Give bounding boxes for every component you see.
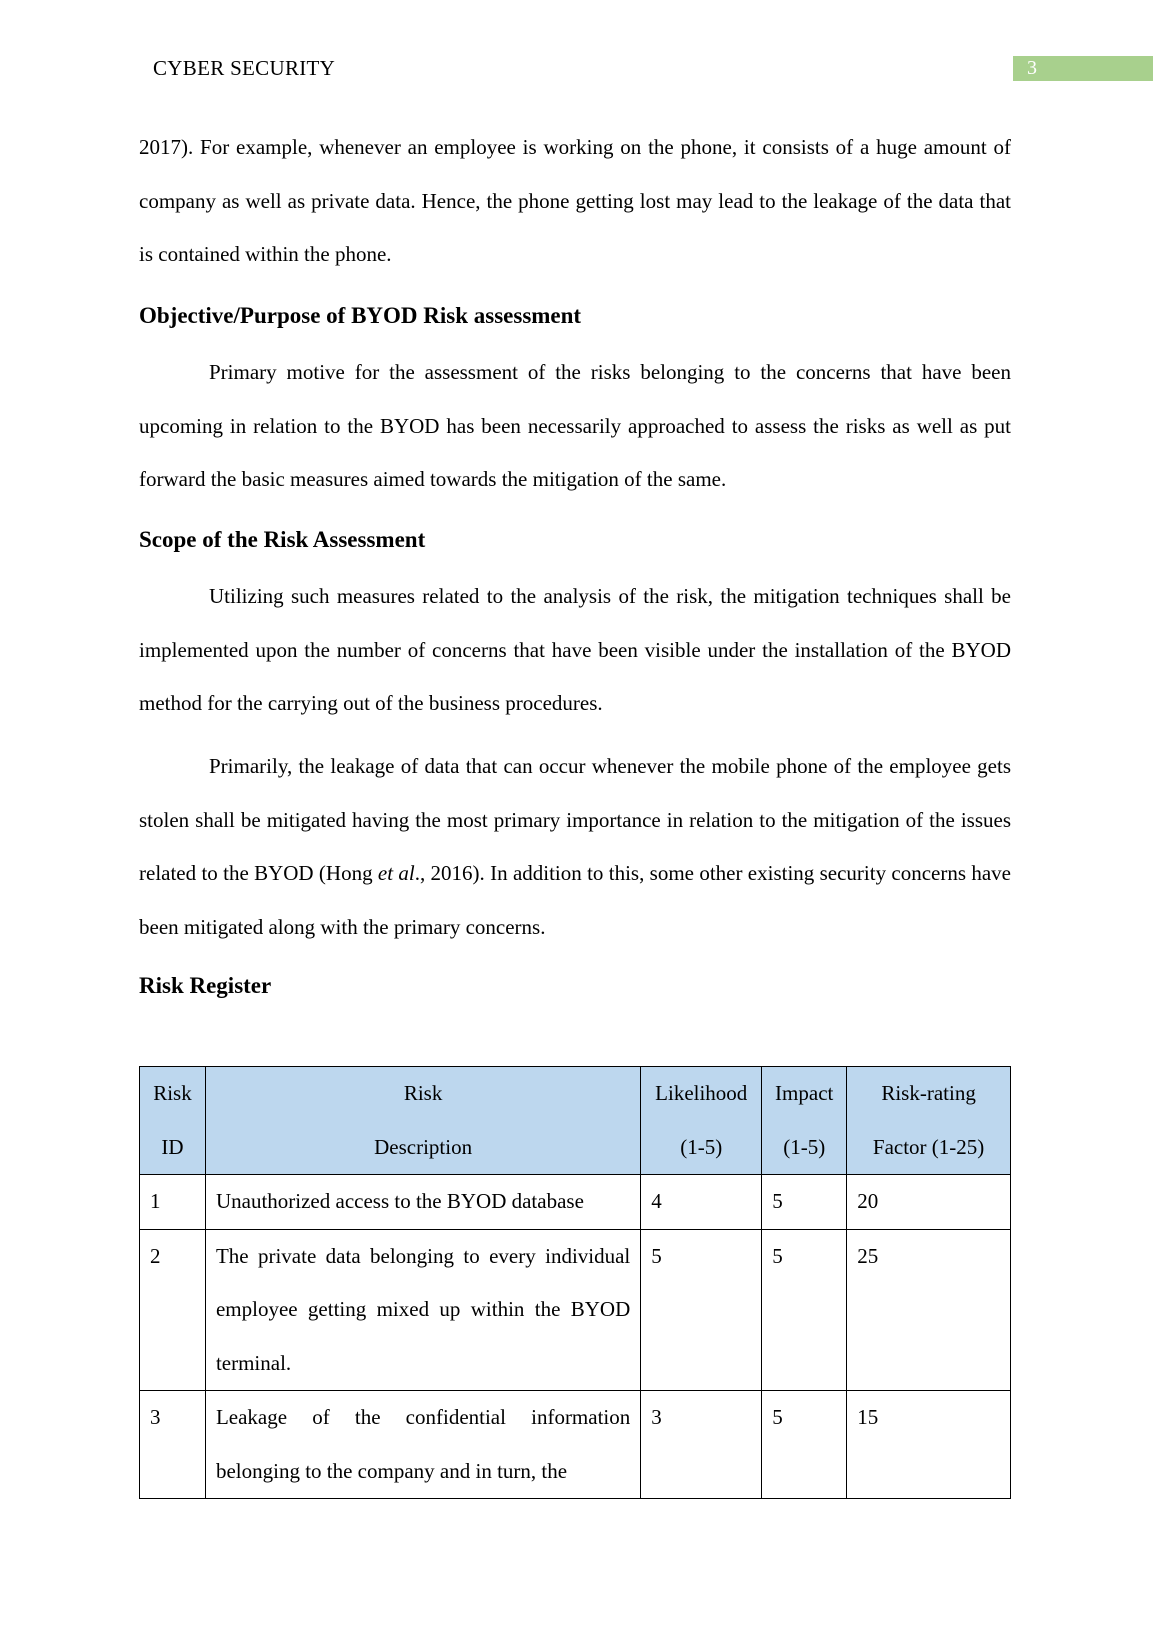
- cell-rating: 20: [847, 1175, 1011, 1230]
- table-header-row: RiskID RiskDescription Likelihood(1-5) I…: [140, 1067, 1011, 1175]
- cell-rating: 15: [847, 1391, 1011, 1499]
- running-header-title: CYBER SECURITY: [153, 56, 335, 81]
- cell-likelihood: 3: [641, 1391, 762, 1499]
- cell-id: 3: [140, 1391, 206, 1499]
- cell-id: 2: [140, 1229, 206, 1391]
- heading-scope: Scope of the Risk Assessment: [139, 527, 425, 553]
- cell-description: Unauthorized access to the BYOD database: [205, 1175, 640, 1230]
- page-number-badge: 3: [1013, 56, 1153, 81]
- body-paragraph-intro: 2017). For example, whenever an employee…: [139, 121, 1011, 282]
- cell-rating: 25: [847, 1229, 1011, 1391]
- cell-description: Leakage of the confidential information …: [205, 1391, 640, 1499]
- cell-likelihood: 5: [641, 1229, 762, 1391]
- col-header-impact: Impact(1-5): [762, 1067, 847, 1175]
- body-paragraph-scope-2: Primarily, the leakage of data that can …: [139, 740, 1011, 954]
- cell-impact: 5: [762, 1391, 847, 1499]
- col-header-description: RiskDescription: [205, 1067, 640, 1175]
- cell-impact: 5: [762, 1229, 847, 1391]
- cell-description: The private data belonging to every indi…: [205, 1229, 640, 1391]
- heading-objective: Objective/Purpose of BYOD Risk assessmen…: [139, 303, 581, 329]
- cell-impact: 5: [762, 1175, 847, 1230]
- body-paragraph-objective: Primary motive for the assessment of the…: [139, 346, 1011, 507]
- col-header-rating: Risk-ratingFactor (1-25): [847, 1067, 1011, 1175]
- cell-id: 1: [140, 1175, 206, 1230]
- heading-risk-register: Risk Register: [139, 973, 271, 999]
- risk-register-table: RiskID RiskDescription Likelihood(1-5) I…: [139, 1066, 1011, 1499]
- table-row: 1 Unauthorized access to the BYOD databa…: [140, 1175, 1011, 1230]
- col-header-likelihood: Likelihood(1-5): [641, 1067, 762, 1175]
- body-paragraph-scope-1: Utilizing such measures related to the a…: [139, 570, 1011, 731]
- table-row: 3 Leakage of the confidential informatio…: [140, 1391, 1011, 1499]
- citation-et-al: et al: [378, 861, 415, 885]
- cell-likelihood: 4: [641, 1175, 762, 1230]
- col-header-risk-id: RiskID: [140, 1067, 206, 1175]
- table-row: 2 The private data belonging to every in…: [140, 1229, 1011, 1391]
